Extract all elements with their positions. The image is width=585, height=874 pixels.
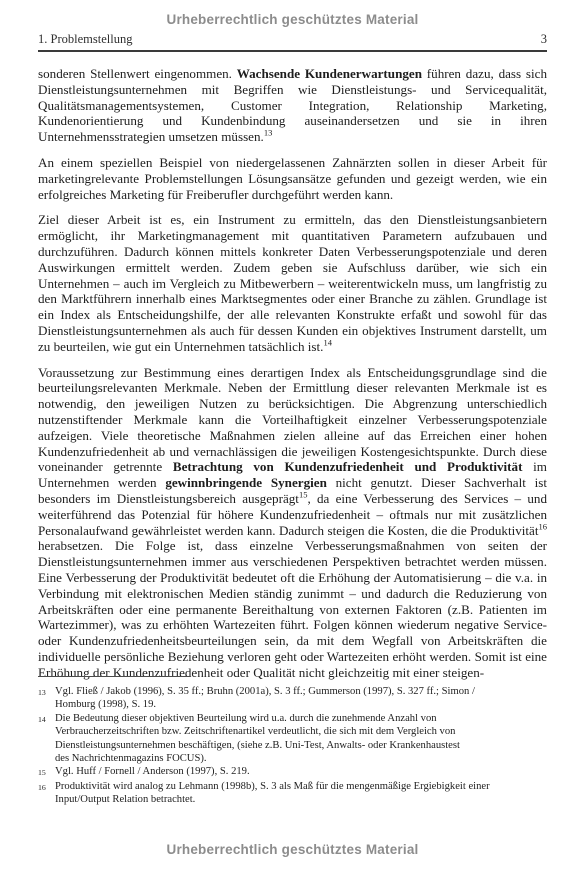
paragraph: An einem speziellen Beispiel von niederg…: [38, 155, 547, 202]
text-run: Ziel dieser Arbeit ist es, ein Instrumen…: [38, 212, 547, 353]
text-run: Voraussetzung zur Bestimmung eines derar…: [38, 365, 547, 475]
footnote-line: Input/Output Relation betrachtet.: [55, 793, 547, 806]
text-run: sonderen Stellenwert eingenommen.: [38, 66, 237, 81]
footnote-item: 15Vgl. Huff / Fornell / Anderson (1997),…: [38, 765, 547, 779]
footnote-separator: [38, 676, 190, 677]
section-title: 1. Problemstellung: [38, 32, 132, 47]
footnote-number: 16: [38, 780, 55, 807]
footnote-line: Homburg (1998), S. 19.: [55, 698, 547, 711]
emphasized-text: gewinnbringende Synergien: [165, 475, 327, 490]
footnote-list: 13Vgl. Fließ / Jakob (1996), S. 35 ff.; …: [38, 685, 547, 807]
footnote-line: Vgl. Fließ / Jakob (1996), S. 35 ff.; Br…: [55, 685, 547, 698]
footnote-block: 13Vgl. Fließ / Jakob (1996), S. 35 ff.; …: [38, 676, 547, 807]
footnote-text: Produktivität wird analog zu Lehmann (19…: [55, 780, 547, 807]
text-run: herabsetzen. Die Folge ist, dass einzeln…: [38, 538, 547, 679]
footnote-ref: 14: [323, 337, 332, 347]
footnote-text: Die Bedeutung dieser objektiven Beurteil…: [55, 712, 547, 766]
page-number: 3: [541, 32, 547, 47]
footnote-ref: 16: [539, 521, 548, 531]
footnote-item: 13Vgl. Fließ / Jakob (1996), S. 35 ff.; …: [38, 685, 547, 712]
footnote-line: Produktivität wird analog zu Lehmann (19…: [55, 780, 547, 793]
paragraph: Voraussetzung zur Bestimmung eines derar…: [38, 365, 547, 681]
footnote-number: 14: [38, 712, 55, 766]
emphasized-text: Betrachtung von Kundenzufriedenheit und …: [173, 459, 523, 474]
footnote-line: Dienstleistungsunternehmen beschäftigen,…: [55, 739, 547, 752]
emphasized-text: Wachsende Kundenerwartungen: [237, 66, 422, 81]
footnote-number: 15: [38, 765, 55, 779]
footnote-item: 14Die Bedeutung dieser objektiven Beurte…: [38, 712, 547, 766]
book-page: Urheberrechtlich geschütztes Material 1.…: [0, 0, 585, 874]
footnote-line: Vgl. Huff / Fornell / Anderson (1997), S…: [55, 765, 547, 778]
footnote-ref: 13: [264, 128, 273, 138]
text-run: An einem speziellen Beispiel von niederg…: [38, 155, 547, 202]
footnote-text: Vgl. Fließ / Jakob (1996), S. 35 ff.; Br…: [55, 685, 547, 712]
body-text: sonderen Stellenwert eingenommen. Wachse…: [38, 66, 547, 690]
copyright-watermark-top: Urheberrechtlich geschütztes Material: [0, 12, 585, 27]
footnote-line: Verbraucherzeitschriften bzw. Zeitschrif…: [55, 725, 547, 738]
running-header: 1. Problemstellung 3: [38, 32, 547, 47]
footnote-line: des Nachrichtenmagazins FOCUS).: [55, 752, 547, 765]
footnote-item: 16Produktivität wird analog zu Lehmann (…: [38, 780, 547, 807]
footnote-line: Die Bedeutung dieser objektiven Beurteil…: [55, 712, 547, 725]
paragraph: Ziel dieser Arbeit ist es, ein Instrumen…: [38, 212, 547, 354]
paragraph: sonderen Stellenwert eingenommen. Wachse…: [38, 66, 547, 145]
footnote-number: 13: [38, 685, 55, 712]
footnote-text: Vgl. Huff / Fornell / Anderson (1997), S…: [55, 765, 547, 779]
copyright-watermark-bottom: Urheberrechtlich geschütztes Material: [0, 842, 585, 857]
header-rule: [38, 50, 547, 52]
